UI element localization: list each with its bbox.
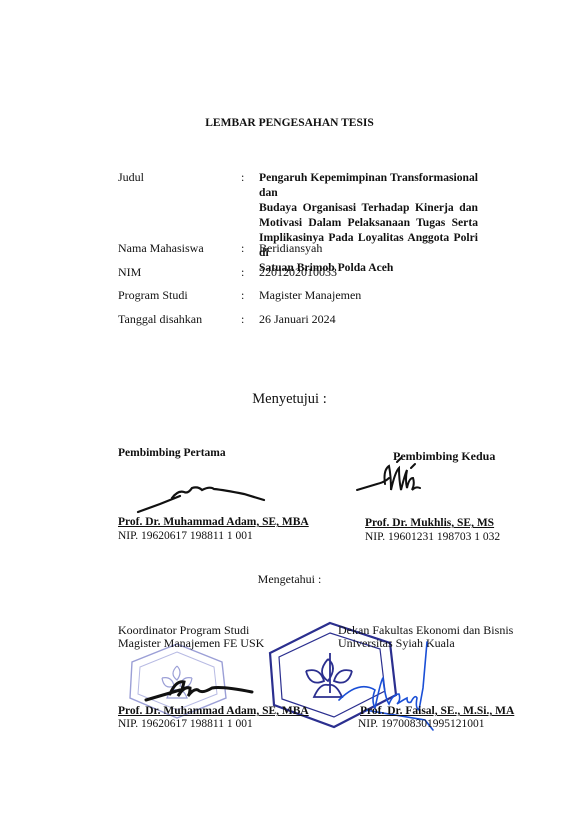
supervisor2-nip: NIP. 19601231 198703 1 032: [365, 531, 500, 543]
value-nim: 2201202010033: [259, 265, 337, 280]
dean-name: Prof. Dr. Faisal, SE., M.Si., MA: [360, 705, 514, 717]
thesis-title-line: Pengaruh Kepemimpinan Transformasional d…: [259, 170, 478, 200]
supervisor1-name: Prof. Dr. Muhammad Adam, SE, MBA: [118, 516, 309, 528]
thesis-title-line: Budaya Organisasi Terhadap Kinerja dan: [259, 200, 478, 215]
supervisor2-name: Prof. Dr. Mukhlis, SE, MS: [365, 517, 494, 529]
signature-supervisor2: [355, 460, 445, 510]
signature-supervisor1: [130, 478, 270, 518]
coordinator-name: Prof. Dr. Muhammad Adam, SE, MBA: [118, 705, 309, 717]
dean-nip: NIP. 197008301995121001: [358, 718, 485, 730]
colon: :: [241, 288, 244, 303]
label-nim: NIM: [118, 265, 141, 280]
value-nama: Beridiansyah: [259, 241, 322, 256]
label-tanggal: Tanggal disahkan: [118, 312, 202, 327]
value-tanggal: 26 Januari 2024: [259, 312, 336, 327]
signature-coordinator: [140, 676, 270, 706]
page-title: LEMBAR PENGESAHAN TESIS: [0, 117, 579, 129]
supervisor1-role: Pembimbing Pertama: [118, 447, 226, 459]
colon: :: [241, 312, 244, 327]
label-judul: Judul: [118, 170, 144, 185]
coordinator-nip: NIP. 19620617 198811 1 001: [118, 718, 253, 730]
supervisor1-nip: NIP. 19620617 198811 1 001: [118, 530, 253, 542]
colon: :: [241, 170, 244, 185]
approve-heading: Menyetujui :: [0, 391, 579, 408]
colon: :: [241, 241, 244, 256]
label-nama: Nama Mahasiswa: [118, 241, 204, 256]
ack-heading: Mengetahui :: [0, 572, 579, 587]
coordinator-role-line2: Magister Manajemen FE USK: [118, 636, 264, 651]
value-prodi: Magister Manajemen: [259, 288, 361, 303]
label-prodi: Program Studi: [118, 288, 188, 303]
colon: :: [241, 265, 244, 280]
thesis-title-line: Motivasi Dalam Pelaksanaan Tugas Serta: [259, 215, 478, 230]
thesis-title: Pengaruh Kepemimpinan Transformasional d…: [259, 170, 478, 275]
